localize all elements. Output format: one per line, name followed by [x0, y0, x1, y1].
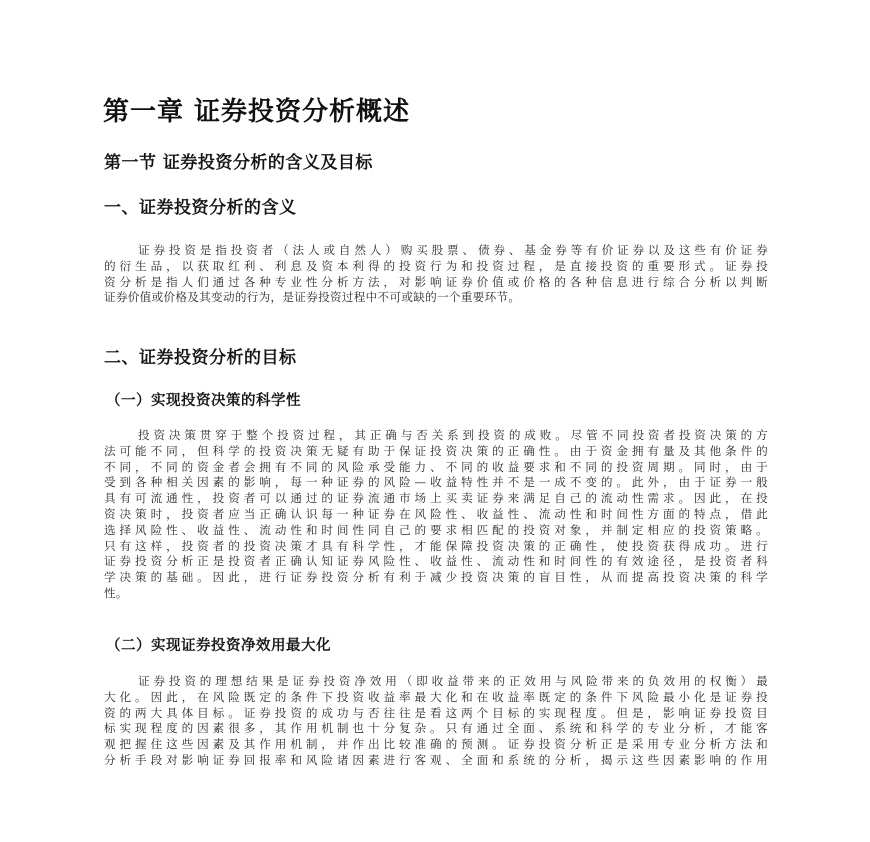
paragraph-definition: 证券投资是指投资者（法人或自然人）购买股票、债券、基金券等有价证券以及这些有价证…: [104, 243, 768, 306]
paragraph-line: 学决策的基础。因此，进行证券投资分析有利于减少投资决策的盲目性，从而提高投资决策…: [104, 570, 768, 586]
heading-part1: 一、证券投资分析的含义: [104, 193, 297, 218]
paragraph-line: 证券价值或价格及其变动的行为，是证券投资过程中不可或缺的一个重要环节。: [104, 290, 768, 306]
paragraph-line: 资分析是指人们通过各种专业性分析方法，对影响证券价值或价格的各种信息进行综合分析…: [104, 275, 768, 291]
paragraph-line: 具有可流通性，投资者可以通过的证券流通市场上买卖证券来满足自己的流动性需求。因此…: [104, 491, 768, 507]
paragraph-line: 标实现程度的因素很多，其作用机制也十分复杂。只有通过全面、系统和科学的专业分析，…: [104, 721, 768, 737]
chapter-title: 第一章 证券投资分析概述: [103, 91, 410, 128]
heading-sub1: （一）实现投资决策的科学性: [106, 389, 301, 410]
paragraph-line: 资的两大具体目标。证券投资的成功与否往往是看这两个目标的实现程度。但是，影响证券…: [104, 706, 768, 722]
section-title: 第一节 证券投资分析的含义及目标: [104, 148, 373, 173]
paragraph-line: 观把握住这些因素及其作用机制，并作出比较准确的预测。证券投资分析正是采用专业分析…: [104, 737, 768, 753]
paragraph-line: 受到各种相关因素的影响，每一种证券的风险—收益特性并不是一成不变的。此外，由于证…: [104, 475, 768, 491]
paragraph-line: 的衍生品，以获取红利、利息及资本利得的投资行为和投资过程，是直接投资的重要形式。…: [104, 259, 768, 275]
document-page: 第一章 证券投资分析概述 第一节 证券投资分析的含义及目标 一、证券投资分析的含…: [0, 0, 870, 842]
heading-part2: 二、证券投资分析的目标: [104, 343, 297, 368]
paragraph-line: 证券投资分析正是投资者正确认知证券风险性、收益性、流动性和时间性的有效途径，是投…: [104, 554, 768, 570]
paragraph-line: 大化。因此，在风险既定的条件下投资收益率最大化和在收益率既定的条件下风险最小化是…: [104, 690, 768, 706]
paragraph-line: 选择风险性、收益性、流动性和时间性同自己的要求相匹配的投资对象，并制定相应的投资…: [104, 523, 768, 539]
paragraph-line: 只有这样，投资者的投资决策才具有科学性，才能保障投资决策的正确性，使投资获得成功…: [104, 539, 768, 555]
paragraph-line: 证券投资的理想结果是证券投资净效用（即收益带来的正效用与风险带来的负效用的权衡）…: [104, 674, 768, 690]
paragraph-line: 资决策时，投资者应当正确认识每一种证券在风险性、收益性、流动性和时间性方面的特点…: [104, 507, 768, 523]
paragraph-line: 投资决策贯穿于整个投资过程，其正确与否关系到投资的成败。尽管不同投资者投资决策的…: [104, 428, 768, 444]
paragraph-line: 性。: [104, 586, 768, 602]
paragraph-line: 分析手段对影响证券回报率和风险诸因素进行客观、全面和系统的分析，揭示这些因素影响…: [104, 753, 768, 769]
paragraph-line: 法可能不同，但科学的投资决策无疑有助于保证投资决策的正确性。由于资金拥有量及其他…: [104, 444, 768, 460]
paragraph-sub1: 投资决策贯穿于整个投资过程，其正确与否关系到投资的成败。尽管不同投资者投资决策的…: [104, 428, 768, 602]
paragraph-line: 不同，不同的资金者会拥有不同的风险承受能力、不同的收益要求和不同的投资周期。同时…: [104, 460, 768, 476]
paragraph-line: 证券投资是指投资者（法人或自然人）购买股票、债券、基金券等有价证券以及这些有价证…: [104, 243, 768, 259]
heading-sub2: （二）实现证券投资净效用最大化: [106, 634, 331, 655]
paragraph-sub2: 证券投资的理想结果是证券投资净效用（即收益带来的正效用与风险带来的负效用的权衡）…: [104, 674, 768, 769]
